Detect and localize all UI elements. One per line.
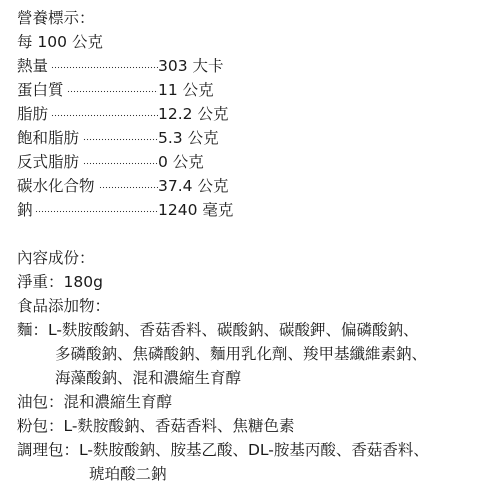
nutrient-label: 蛋白質: [17, 78, 64, 102]
noodle-additives-line-3: 海藻酸鈉、混和濃縮生育醇: [17, 366, 497, 390]
noodle-additives-line-1: 麵：L-麩胺酸鈉、香菇香料、碳酸鈉、碳酸鉀、偏磷酸鈉、: [17, 318, 497, 342]
nutrient-value: 0 公克: [158, 150, 204, 174]
nutrition-row: 蛋白質11 公克: [17, 78, 497, 102]
nutrition-table: 熱量303 大卡蛋白質11 公克脂肪12.2 公克飽和脂肪5.3 公克反式脂肪0…: [17, 54, 497, 222]
leader-dots: [67, 78, 158, 102]
contents-title: 內容成份：: [17, 246, 497, 270]
oil-packet-additives: 油包：混和濃縮生育醇: [17, 390, 497, 414]
nutrient-label: 鈉: [17, 198, 33, 222]
nutrition-row: 脂肪12.2 公克: [17, 102, 497, 126]
nutrition-row: 反式脂肪0 公克: [17, 150, 497, 174]
nutrient-label: 碳水化合物: [17, 174, 95, 198]
noodle-additives-line-2: 多磷酸鈉、焦磷酸鈉、麵用乳化劑、羧甲基纖維素鈉、: [17, 342, 497, 366]
nutrient-value: 5.3 公克: [158, 126, 219, 150]
nutrient-label: 脂肪: [17, 102, 48, 126]
leader-dots: [51, 102, 158, 126]
powder-packet-additives: 粉包：L-麩胺酸鈉、香菇香料、焦糖色素: [17, 414, 497, 438]
spacer: [17, 222, 497, 246]
nutrition-row: 飽和脂肪5.3 公克: [17, 126, 497, 150]
leader-dots: [83, 150, 158, 174]
nutrition-row: 熱量303 大卡: [17, 54, 497, 78]
nutrient-value: 1240 毫克: [158, 198, 233, 222]
sauce-packet-additives-line-1: 調理包：L-麩胺酸鈉、胺基乙酸、DL-胺基丙酸、香菇香料、: [17, 438, 497, 462]
nutrition-row: 鈉1240 毫克: [17, 198, 497, 222]
nutrient-value: 303 大卡: [158, 54, 224, 78]
net-weight: 淨重：180g: [17, 270, 497, 294]
nutrient-value: 11 公克: [158, 78, 214, 102]
nutrition-label-document: 營養標示： 每 100 公克 熱量303 大卡蛋白質11 公克脂肪12.2 公克…: [17, 6, 497, 486]
serving-basis: 每 100 公克: [17, 30, 497, 54]
nutrition-title: 營養標示：: [17, 6, 497, 30]
nutrient-label: 反式脂肪: [17, 150, 79, 174]
additives-title: 食品添加物：: [17, 294, 497, 318]
leader-dots: [35, 198, 158, 222]
nutrient-value: 37.4 公克: [158, 174, 228, 198]
leader-dots: [83, 126, 158, 150]
leader-dots: [99, 174, 158, 198]
nutrient-label: 熱量: [17, 54, 48, 78]
leader-dots: [51, 54, 158, 78]
nutrition-row: 碳水化合物37.4 公克: [17, 174, 497, 198]
nutrient-label: 飽和脂肪: [17, 126, 79, 150]
nutrient-value: 12.2 公克: [158, 102, 228, 126]
sauce-packet-additives-line-2: 琥珀酸二鈉: [17, 462, 497, 486]
